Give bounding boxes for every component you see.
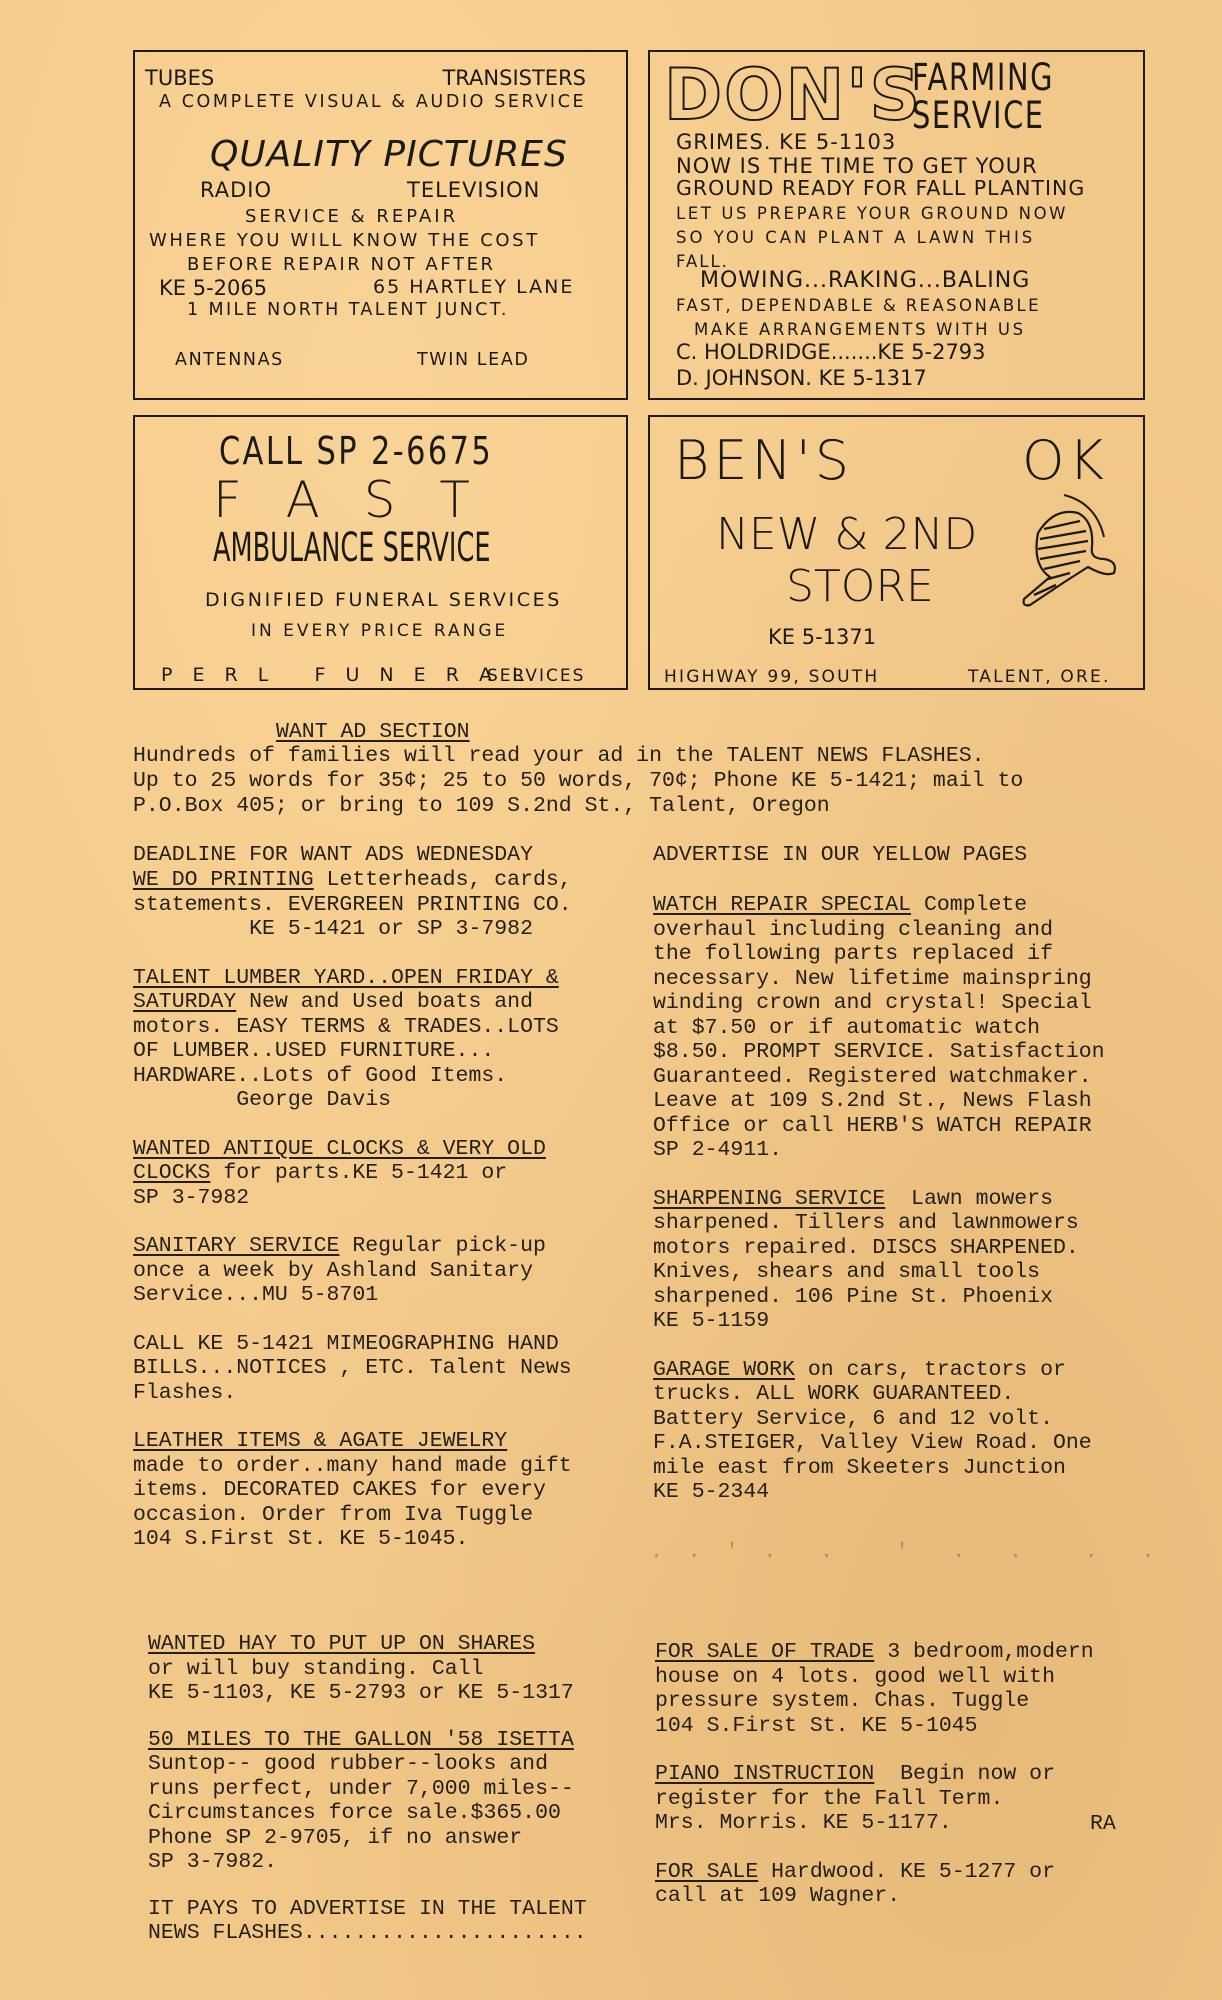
want-ad-item: WANTED HAY TO PUT UP ON SHARESor will bu…: [148, 1632, 648, 1706]
want-ad-item: WE DO PRINTING Letterheads, cards,statem…: [133, 868, 633, 942]
want-ad-line: pressure system. Chas. Tuggle: [655, 1689, 1175, 1714]
funeral-ambulance: AMBULANCE SERVICE: [213, 525, 491, 571]
want-ad-line: Knives, shears and small tools: [653, 1260, 1173, 1285]
want-ad-line: at $7.50 or if automatic watch: [653, 1016, 1173, 1041]
want-ad-line: once a week by Ashland Sanitary: [133, 1259, 633, 1284]
want-ad-item: CALL KE 5-1421 MIMEOGRAPHING HANDBILLS..…: [133, 1332, 633, 1406]
want-ad-item: TALENT LUMBER YARD..OPEN FRIDAY &SATURDA…: [133, 966, 633, 1113]
want-ad-line: 104 S.First St. KE 5-1045.: [133, 1527, 633, 1552]
want-ad-line: KE 5-1421 or SP 3-7982: [133, 917, 633, 942]
want-ad-line: Office or call HERB'S WATCH REPAIR: [653, 1114, 1173, 1139]
want-ad-line: statements. EVERGREEN PRINTING CO.: [133, 893, 633, 918]
bens-line2: STORE: [786, 561, 934, 612]
ad-top-left: TUBES: [145, 66, 214, 90]
want-ad-line: Circumstances force sale.$365.00: [148, 1801, 648, 1826]
ad-bottom-left: ANTENNAS: [175, 350, 284, 370]
want-ad-line: call at 109 Wagner.: [655, 1884, 1175, 1909]
ad-bens-ok-store: BEN'S OK NEW & 2ND STORE KE 5-1371 HIGHW…: [648, 415, 1145, 690]
pointing-hand-icon: [1008, 485, 1124, 615]
want-ad-heading: SHARPENING SERVICE: [653, 1187, 885, 1211]
funeral-footer-tail: SERVICES: [487, 666, 585, 686]
want-ad-item: GARAGE WORK on cars, tractors ortrucks. …: [653, 1358, 1173, 1505]
dons-qualities: FAST, DEPENDABLE & REASONABLE: [676, 296, 1041, 315]
want-ad-line: Phone SP 2-9705, if no answer: [148, 1826, 648, 1851]
dons-services: MOWING...RAKING...BALING: [700, 268, 1030, 293]
want-ad-line: KE 5-2344: [653, 1480, 1173, 1505]
ad-service-radio: RADIO: [200, 178, 272, 202]
dons-line2: GROUND READY FOR FALL PLANTING: [676, 176, 1085, 200]
ad-perl-funeral: CALL SP 2-6675 F A S T AMBULANCE SERVICE…: [133, 415, 628, 690]
want-ad-line: IT PAYS TO ADVERTISE IN THE TALENT: [148, 1897, 648, 1922]
want-ad-text: Hardwood. KE 5-1277 or: [758, 1860, 1055, 1884]
want-ad-intro-2: Up to 25 words for 35¢; 25 to 50 words, …: [133, 769, 1023, 794]
funeral-footer-spaced: P E R L F U N E R A L: [161, 664, 530, 686]
smudge-marks: . . ' . . ' . . . .: [650, 1540, 1160, 1565]
want-ad-item: WANTED ANTIQUE CLOCKS & VERY OLDCLOCKS f…: [133, 1137, 633, 1211]
dons-title-farming: FARMING: [912, 56, 1054, 99]
bens-ok: OK: [1022, 429, 1108, 492]
want-ad-line: $8.50. PROMPT SERVICE. Satisfaction: [653, 1040, 1173, 1065]
want-ads-right-column: WATCH REPAIR SPECIAL Completeoverhaul in…: [653, 893, 1173, 1529]
want-ad-line: Flashes.: [133, 1381, 633, 1406]
want-ad-heading: SANITARY SERVICE: [133, 1234, 339, 1258]
typist-initials: RA: [1090, 1812, 1116, 1837]
dons-contact-holdridge: C. HOLDRIDGE.......KE 5-2793: [676, 340, 986, 364]
want-ad-line: KE 5-1103, KE 5-2793 or KE 5-1317: [148, 1681, 648, 1706]
want-ad-text: 3 bedroom,modern: [874, 1640, 1093, 1664]
ad-address: 65 HARTLEY LANE: [373, 276, 574, 298]
dons-logo: DON'S: [664, 54, 922, 136]
want-ad-text: on cars, tractors or: [795, 1358, 1066, 1382]
dons-cta: MAKE ARRANGEMENTS WITH US: [694, 320, 1026, 339]
want-ad-heading: WE DO PRINTING: [133, 868, 314, 892]
dons-contact-johnson: D. JOHNSON. KE 5-1317: [676, 366, 927, 390]
want-ads-left-column: WE DO PRINTING Letterheads, cards,statem…: [133, 868, 633, 1576]
want-ad-line: mile east from Skeeters Junction: [653, 1456, 1173, 1481]
bens-address-left: HIGHWAY 99, SOUTH: [664, 667, 879, 687]
want-ad-heading: PIANO INSTRUCTION: [655, 1762, 874, 1786]
want-ad-line: Leave at 109 S.2nd St., News Flash: [653, 1089, 1173, 1114]
want-ad-line: trucks. ALL WORK GUARANTEED.: [653, 1382, 1173, 1407]
want-ad-line: made to order..many hand made gift: [133, 1454, 633, 1479]
want-ad-intro-3: P.O.Box 405; or bring to 109 S.2nd St., …: [133, 794, 830, 819]
want-ad-line: Suntop-- good rubber--looks and: [148, 1752, 648, 1777]
funeral-fast: F A S T: [213, 471, 484, 529]
want-ad-line: winding crown and crystal! Special: [653, 991, 1173, 1016]
bens-line1: NEW & 2ND: [716, 509, 977, 560]
want-ad-section-title: WANT AD SECTION: [276, 720, 470, 745]
want-ad-line: runs perfect, under 7,000 miles--: [148, 1777, 648, 1802]
want-ad-title-text: WANT AD SECTION: [276, 720, 470, 744]
want-ad-text: New and Used boats and: [236, 990, 533, 1014]
ad-tagline: A COMPLETE VISUAL & AUDIO SERVICE: [159, 92, 586, 112]
want-ad-line: register for the Fall Term.: [655, 1787, 1175, 1812]
funeral-line1: DIGNIFIED FUNERAL SERVICES: [205, 589, 562, 611]
want-ad-line: items. DECORATED CAKES for every: [133, 1478, 633, 1503]
ad-location: 1 MILE NORTH TALENT JUNCT.: [187, 300, 509, 320]
want-ad-line: CALL KE 5-1421 MIMEOGRAPHING HAND: [133, 1332, 633, 1357]
want-ad-line: the following parts replaced if: [653, 942, 1173, 967]
want-ad-heading: TALENT LUMBER YARD..OPEN FRIDAY &: [133, 966, 559, 990]
want-ad-line: BILLS...NOTICES , ETC. Talent News: [133, 1356, 633, 1381]
want-ad-text: Begin now or: [874, 1762, 1055, 1786]
want-ad-heading: WANTED HAY TO PUT UP ON SHARES: [148, 1632, 535, 1656]
want-ad-text: Complete: [911, 893, 1027, 917]
want-ad-text: Letterheads, cards,: [314, 868, 572, 892]
dons-line3: LET US PREPARE YOUR GROUND NOW: [676, 204, 1068, 223]
bens-name: BEN'S: [674, 429, 853, 492]
bens-phone: KE 5-1371: [768, 625, 876, 649]
want-ad-item: WATCH REPAIR SPECIAL Completeoverhaul in…: [653, 893, 1173, 1163]
want-ad-heading: WANTED ANTIQUE CLOCKS & VERY OLD: [133, 1137, 546, 1161]
want-ad-line: Guaranteed. Registered watchmaker.: [653, 1065, 1173, 1090]
classifieds-right-column: FOR SALE OF TRADE 3 bedroom,modernhouse …: [655, 1640, 1175, 1933]
want-ad-heading: 50 MILES TO THE GALLON '58 ISETTA: [148, 1728, 574, 1752]
ad-bottom-right: TWIN LEAD: [417, 350, 529, 370]
want-ad-line: occasion. Order from Iva Tuggle: [133, 1503, 633, 1528]
want-ad-line: necessary. New lifetime mainspring: [653, 967, 1173, 992]
ad-business-name: QUALITY PICTURES: [210, 134, 568, 175]
want-ad-heading-cont: SATURDAY: [133, 990, 236, 1014]
ad-top-right: TRANSISTERS: [442, 66, 586, 90]
want-ad-line: sharpened. Tillers and lawnmowers: [653, 1211, 1173, 1236]
want-ad-item: FOR SALE OF TRADE 3 bedroom,modernhouse …: [655, 1640, 1175, 1738]
want-ad-line: KE 5-1159: [653, 1309, 1173, 1334]
want-ad-line: sharpened. 106 Pine St. Phoenix: [653, 1285, 1173, 1310]
want-ad-item: 50 MILES TO THE GALLON '58 ISETTASuntop-…: [148, 1728, 648, 1875]
want-ad-item: FOR SALE Hardwood. KE 5-1277 orcall at 1…: [655, 1860, 1175, 1909]
funeral-call: CALL SP 2-6675: [219, 429, 493, 473]
dons-title-service: SERVICE: [912, 94, 1045, 137]
want-ad-line: SP 3-7982: [133, 1186, 633, 1211]
want-ad-text: Regular pick-up: [339, 1234, 545, 1258]
want-ad-line: Battery Service, 6 and 12 volt.: [653, 1407, 1173, 1432]
want-ad-heading-cont: CLOCKS: [133, 1161, 210, 1185]
ad-line-know-cost: WHERE YOU WILL KNOW THE COST: [149, 230, 540, 251]
want-ad-item: IT PAYS TO ADVERTISE IN THE TALENTNEWS F…: [148, 1897, 648, 1946]
want-ad-line: motors. EASY TERMS & TRADES..LOTS: [133, 1015, 633, 1040]
dons-contact: GRIMES. KE 5-1103: [676, 130, 896, 154]
want-ad-item: SHARPENING SERVICE Lawn mowerssharpened.…: [653, 1187, 1173, 1334]
want-ad-line: NEWS FLASHES......................: [148, 1921, 648, 1946]
want-ad-line: HARDWARE..Lots of Good Items.: [133, 1064, 633, 1089]
bens-address-right: TALENT, ORE.: [968, 667, 1111, 687]
ad-line-service-repair: SERVICE & REPAIR: [245, 206, 458, 227]
want-ad-heading: WATCH REPAIR SPECIAL: [653, 893, 911, 917]
want-ad-line: Service...MU 5-8701: [133, 1283, 633, 1308]
ad-line-before-repair: BEFORE REPAIR NOT AFTER: [187, 254, 496, 275]
dons-line4: SO YOU CAN PLANT A LAWN THIS: [676, 228, 1035, 247]
want-ad-line: motors repaired. DISCS SHARPENED.: [653, 1236, 1173, 1261]
want-ad-line: or will buy standing. Call: [148, 1657, 648, 1682]
ad-dons-farming-service: DON'S FARMING SERVICE GRIMES. KE 5-1103 …: [648, 50, 1145, 400]
ad-quality-pictures: TUBES TRANSISTERS A COMPLETE VISUAL & AU…: [133, 50, 628, 400]
want-ad-heading: FOR SALE OF TRADE: [655, 1640, 874, 1664]
want-ad-heading: FOR SALE: [655, 1860, 758, 1884]
want-ad-deadline: DEADLINE FOR WANT ADS WEDNESDAY: [133, 843, 533, 868]
want-ad-line: overhaul including cleaning and: [653, 918, 1173, 943]
want-ad-item: SANITARY SERVICE Regular pick-uponce a w…: [133, 1234, 633, 1308]
want-ad-line: SP 2-4911.: [653, 1138, 1173, 1163]
want-ad-text: for parts.KE 5-1421 or: [210, 1161, 507, 1185]
want-ad-text: Lawn mowers: [885, 1187, 1053, 1211]
classifieds-left-column: WANTED HAY TO PUT UP ON SHARESor will bu…: [148, 1632, 648, 1968]
want-ad-heading: GARAGE WORK: [653, 1358, 795, 1382]
dons-line1: NOW IS THE TIME TO GET YOUR: [676, 154, 1038, 178]
ad-service-television: TELEVISION: [407, 178, 540, 202]
ad-phone: KE 5-2065: [159, 276, 267, 300]
want-ad-line: 104 S.First St. KE 5-1045: [655, 1714, 1175, 1739]
want-ad-line: house on 4 lots. good well with: [655, 1665, 1175, 1690]
want-ad-line: George Davis: [133, 1088, 633, 1113]
funeral-line2: IN EVERY PRICE RANGE: [251, 621, 508, 641]
want-ad-intro-1: Hundreds of families will read your ad i…: [133, 744, 985, 769]
want-ad-heading: LEATHER ITEMS & AGATE JEWELRY: [133, 1429, 507, 1453]
want-ad-line: SP 3-7982.: [148, 1850, 648, 1875]
want-ad-yellow-pages: ADVERTISE IN OUR YELLOW PAGES: [653, 843, 1027, 868]
want-ad-line: OF LUMBER..USED FURNITURE...: [133, 1039, 633, 1064]
want-ad-item: LEATHER ITEMS & AGATE JEWELRYmade to ord…: [133, 1429, 633, 1552]
want-ad-line: F.A.STEIGER, Valley View Road. One: [653, 1431, 1173, 1456]
